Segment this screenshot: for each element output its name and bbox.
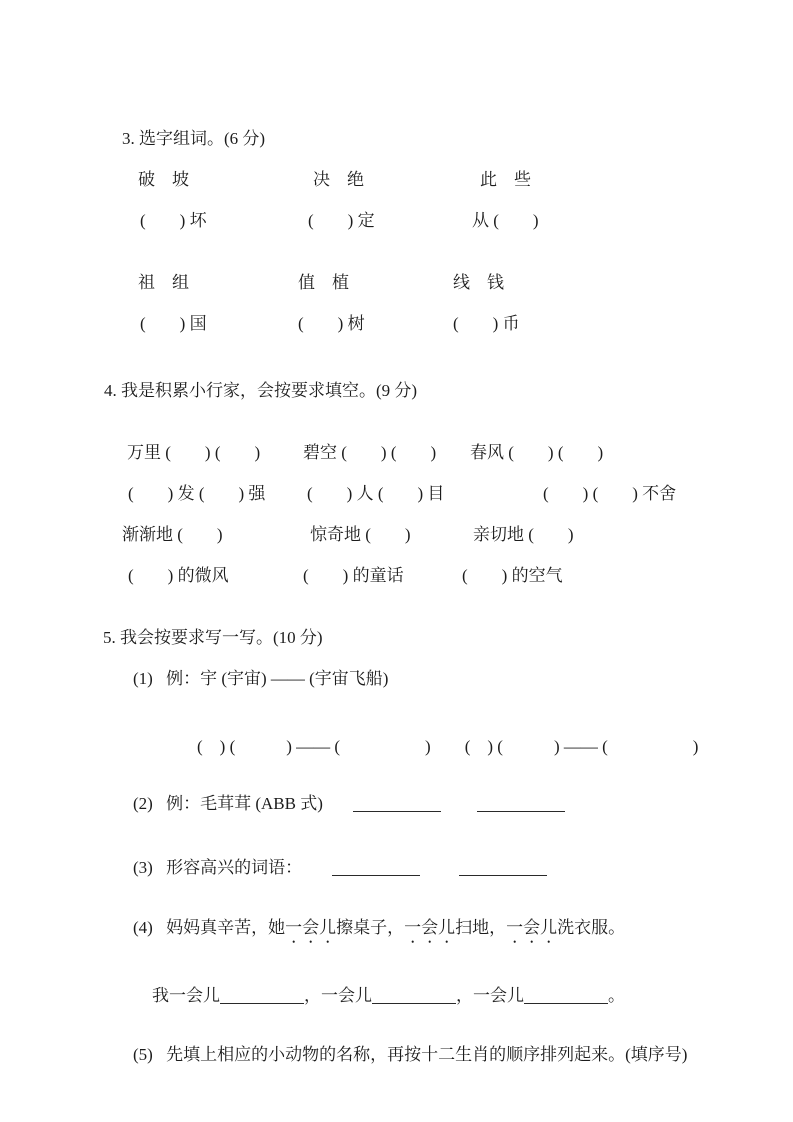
q5-item-2-label: (2) xyxy=(133,794,153,813)
q3-fill-cell: ( ) 国 xyxy=(140,314,298,334)
q4-heading: 4. 我是积累小行家，会按要求填空。(9 分) xyxy=(104,381,417,401)
answer-blank xyxy=(353,794,441,812)
q4-fill-cell: ( ) 人 ( ) 目 xyxy=(307,484,543,504)
q5-heading: 5. 我会按要求写一写。(10 分) xyxy=(103,628,323,648)
q4-fill-cell: 惊奇地 ( ) xyxy=(310,525,473,545)
q5-item-3-text: 形容高兴的词语： xyxy=(166,858,302,877)
q3-heading: 3. 选字组词。(6 分) xyxy=(122,129,265,149)
answer-blank xyxy=(459,858,547,876)
q4-fill-row-3: 渐渐地 ( ) 惊奇地 ( ) 亲切地 ( ) xyxy=(122,525,574,545)
q5-item-4-emphasized: 一会儿 xyxy=(506,918,557,937)
q4-fill-row-2: ( ) 发 ( ) 强 ( ) 人 ( ) 目 ( ) ( ) 不舍 xyxy=(128,484,676,504)
q3-fill-row-2: ( ) 国 ( ) 树 ( ) 币 xyxy=(140,314,520,334)
answer-blank xyxy=(477,794,565,812)
q3-char-pair: 此 些 xyxy=(480,170,531,190)
q4-fill-cell: 春风 ( ) ( ) xyxy=(470,443,603,463)
q4-fill-cell: 碧空 ( ) ( ) xyxy=(303,443,470,463)
q5-item-2-text: 例：毛茸茸 (ABB 式) xyxy=(166,794,323,813)
q5-item-4-text: 擦桌子， xyxy=(336,918,404,937)
q4-fill-row-4: ( ) 的微风 ( ) 的童话 ( ) 的空气 xyxy=(128,566,563,586)
q5-item-2: (2) 例：毛茸茸 (ABB 式) xyxy=(133,794,565,814)
q5-item-4-text: 扫地， xyxy=(455,918,506,937)
q5-item-1-text: 例：宇 (宇宙) —— (宇宙飞船) xyxy=(166,669,388,688)
q4-fill-cell: 渐渐地 ( ) xyxy=(122,525,310,545)
q5-item-5-text: 先填上相应的小动物的名称，再按十二生肖的顺序排列起来。(填序号) xyxy=(166,1045,687,1064)
q5-item-4-label: (4) xyxy=(133,918,153,937)
q5-item-4: (4) 妈妈真辛苦，她一会儿擦桌子，一会儿扫地，一会儿洗衣服。 xyxy=(133,918,625,947)
q5-item-1-label: (1) xyxy=(133,669,153,688)
answer-blank xyxy=(372,986,456,1004)
q4-fill-cell: ( ) 的微风 xyxy=(128,566,303,586)
q3-char-pair: 决 绝 xyxy=(313,170,480,190)
q4-fill-cell: ( ) 发 ( ) 强 xyxy=(128,484,307,504)
q5-item-5-label: (5) xyxy=(133,1045,153,1064)
q5-item-4-answer-text: ，一会儿 xyxy=(304,986,372,1005)
q5-item-4-text: 洗衣服。 xyxy=(557,918,625,937)
q5-item-3-label: (3) xyxy=(133,858,153,877)
q5-item-4-text: 妈妈真辛苦，她 xyxy=(166,918,285,937)
q3-fill-row-1: ( ) 坏 ( ) 定 从 ( ) xyxy=(140,211,539,231)
answer-blank xyxy=(220,986,304,1004)
q4-fill-cell: ( ) 的童话 xyxy=(303,566,462,586)
q4-fill-cell: ( ) 的空气 xyxy=(462,566,563,586)
q5-item-3: (3) 形容高兴的词语： xyxy=(133,858,547,878)
q4-fill-cell: ( ) ( ) 不舍 xyxy=(543,484,676,504)
q5-item-4-answer-text: 。 xyxy=(608,986,625,1005)
q3-char-pair: 值 植 xyxy=(298,273,453,293)
q3-char-pair: 线 钱 xyxy=(453,273,504,293)
q5-item-4-answer-row: 我一会儿，一会儿，一会儿。 xyxy=(152,986,625,1006)
q3-fill-cell: ( ) 树 xyxy=(298,314,453,334)
answer-blank xyxy=(332,858,420,876)
q4-fill-cell: 万里 ( ) ( ) xyxy=(127,443,303,463)
q3-fill-cell: ( ) 定 xyxy=(308,211,472,231)
q5-item-4-answer-text: 我一会儿 xyxy=(152,986,220,1005)
q3-char-row-1: 破 坡 决 绝 此 些 xyxy=(138,170,531,190)
q5-item-4-emphasized: 一会儿 xyxy=(404,918,455,937)
q3-char-row-2: 祖 组 值 植 线 钱 xyxy=(138,273,504,293)
q5-item-5: (5) 先填上相应的小动物的名称，再按十二生肖的顺序排列起来。(填序号) xyxy=(133,1045,687,1065)
q5-item-4-answer-text: ，一会儿 xyxy=(456,986,524,1005)
q3-fill-cell: 从 ( ) xyxy=(472,211,539,231)
q3-fill-cell: ( ) 币 xyxy=(453,314,520,334)
worksheet-page: 3. 选字组词。(6 分) 破 坡 决 绝 此 些 ( ) 坏 ( ) 定 从 … xyxy=(0,0,793,1122)
q4-fill-row-1: 万里 ( ) ( ) 碧空 ( ) ( ) 春风 ( ) ( ) xyxy=(127,443,603,463)
q3-fill-cell: ( ) 坏 xyxy=(140,211,308,231)
q3-char-pair: 祖 组 xyxy=(138,273,298,293)
q4-fill-cell: 亲切地 ( ) xyxy=(473,525,574,545)
answer-blank xyxy=(524,986,608,1004)
q3-char-pair: 破 坡 xyxy=(138,170,313,190)
q5-item-4-emphasized: 一会儿 xyxy=(285,918,336,937)
q5-item-1: (1) 例：宇 (宇宙) —— (宇宙飞船) xyxy=(133,669,388,689)
q5-item-1-answer-row: ( ) ( ) —— ( ) ( ) ( ) —— ( ) xyxy=(197,737,698,757)
